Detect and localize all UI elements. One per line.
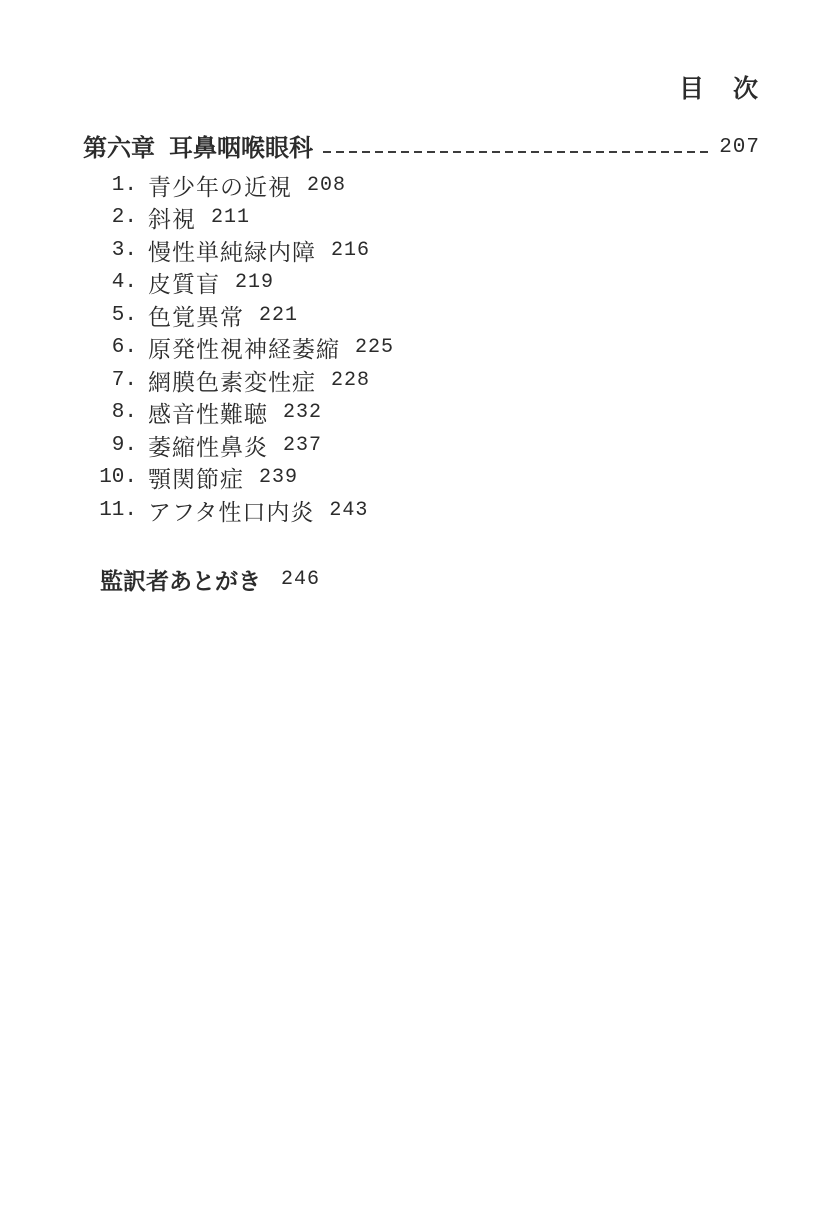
- item-page-number: 208: [307, 174, 346, 197]
- item-page-number: 221: [259, 304, 298, 327]
- item-title: 青少年の近視: [148, 169, 292, 202]
- item-number: 11.: [83, 499, 137, 522]
- item-page-number: 243: [329, 499, 368, 522]
- toc-item: 6. 原発性視神経萎縮 225: [83, 332, 760, 365]
- item-title: 斜視: [148, 201, 196, 234]
- item-title: アフタ性口内炎: [148, 494, 314, 527]
- item-page-number: 211: [211, 206, 250, 229]
- item-title: 原発性視神経萎縮: [148, 331, 340, 364]
- afterword-entry: 監訳者あとがき 246: [100, 563, 760, 596]
- toc-item: 4. 皮質盲 219: [83, 267, 760, 300]
- item-title: 皮質盲: [148, 266, 220, 299]
- item-number: 9.: [83, 434, 137, 457]
- item-number: 1.: [83, 174, 137, 197]
- document-page: 目 次 第六章 耳鼻咽喉眼科 207 1. 青少年の近視 208 2. 斜視 2…: [0, 0, 830, 1225]
- item-title: 感音性難聴: [148, 396, 268, 429]
- item-number: 8.: [83, 401, 137, 424]
- toc-item: 11. アフタ性口内炎 243: [83, 494, 760, 527]
- item-page-number: 219: [235, 271, 274, 294]
- chapter-page-number: 207: [719, 135, 760, 161]
- page-title: 目 次: [83, 76, 760, 102]
- item-number: 10.: [83, 466, 137, 489]
- chapter-label: 第六章 耳鼻咽喉眼科: [83, 135, 313, 161]
- item-number: 4.: [83, 271, 137, 294]
- item-title: 顎関節症: [148, 461, 244, 494]
- dashed-leader: [323, 151, 709, 153]
- item-title: 網膜色素変性症: [148, 364, 316, 397]
- item-number: 5.: [83, 304, 137, 327]
- item-title: 萎縮性鼻炎: [148, 429, 268, 462]
- toc-item: 3. 慢性単純緑内障 216: [83, 234, 760, 267]
- toc-item: 9. 萎縮性鼻炎 237: [83, 429, 760, 462]
- item-number: 7.: [83, 369, 137, 392]
- item-title: 慢性単純緑内障: [148, 234, 316, 267]
- toc-content: 目 次 第六章 耳鼻咽喉眼科 207 1. 青少年の近視 208 2. 斜視 2…: [0, 0, 830, 596]
- toc-item: 5. 色覚異常 221: [83, 299, 760, 332]
- toc-item: 1. 青少年の近視 208: [83, 169, 760, 202]
- toc-item-list: 1. 青少年の近視 208 2. 斜視 211 3. 慢性単純緑内障 216 4…: [83, 169, 760, 527]
- item-page-number: 216: [331, 239, 370, 262]
- chapter-title: 耳鼻咽喉眼科: [169, 135, 313, 161]
- afterword-page-number: 246: [281, 568, 320, 591]
- item-title: 色覚異常: [148, 299, 244, 332]
- item-page-number: 239: [259, 466, 298, 489]
- toc-item: 7. 網膜色素変性症 228: [83, 364, 760, 397]
- chapter-entry: 第六章 耳鼻咽喉眼科 207: [83, 135, 760, 161]
- item-page-number: 228: [331, 369, 370, 392]
- item-page-number: 232: [283, 401, 322, 424]
- toc-item: 10. 顎関節症 239: [83, 462, 760, 495]
- item-number: 6.: [83, 336, 137, 359]
- item-page-number: 225: [355, 336, 394, 359]
- item-number: 2.: [83, 206, 137, 229]
- afterword-label: 監訳者あとがき: [100, 563, 261, 596]
- toc-item: 8. 感音性難聴 232: [83, 397, 760, 430]
- item-page-number: 237: [283, 434, 322, 457]
- item-number: 3.: [83, 239, 137, 262]
- toc-item: 2. 斜視 211: [83, 202, 760, 235]
- chapter-number: 第六章: [83, 135, 155, 161]
